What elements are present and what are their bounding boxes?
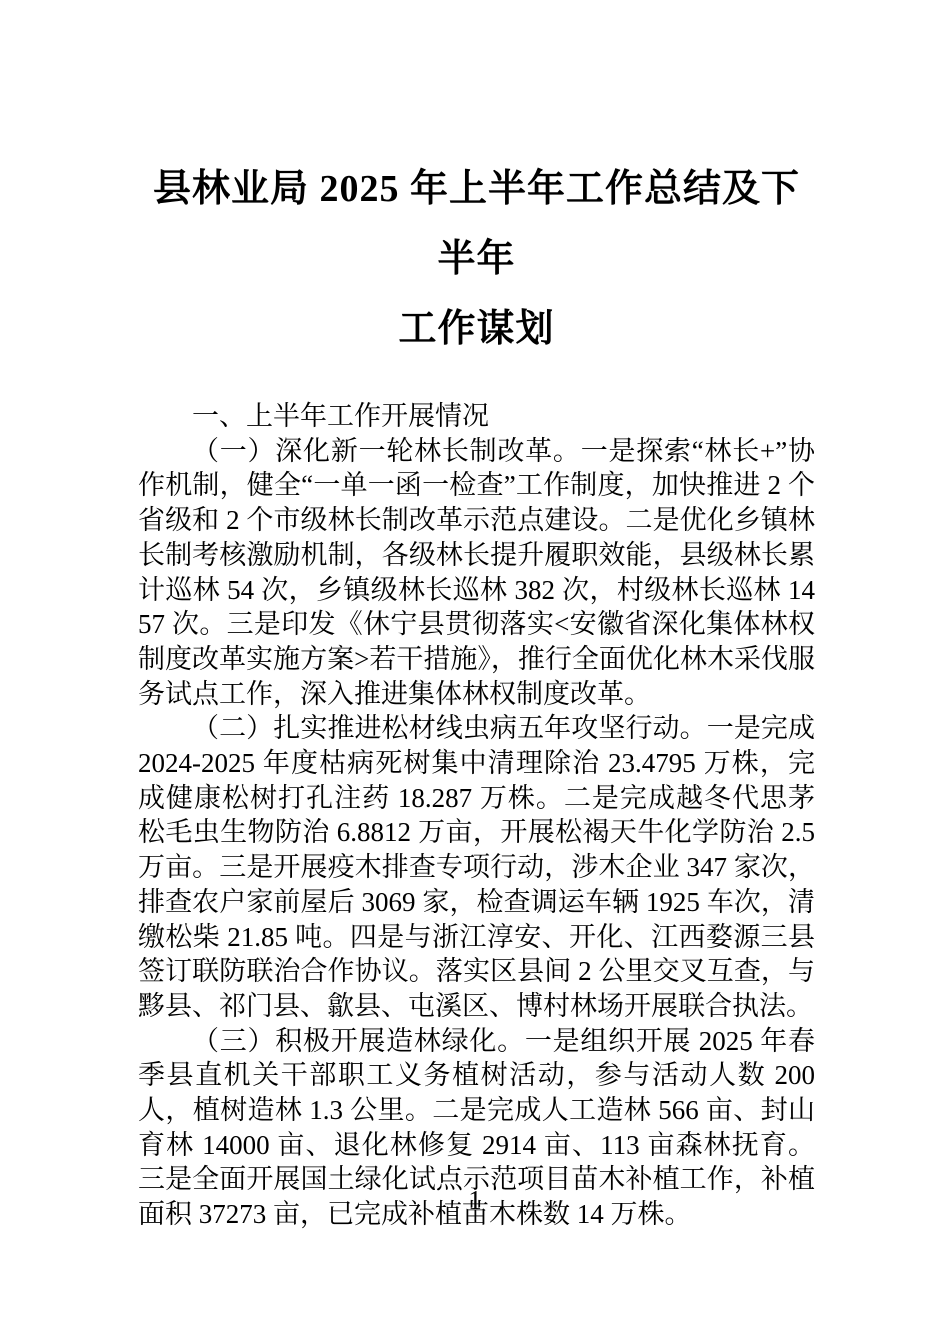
title-line-2: 工作谋划 — [138, 294, 815, 364]
document-title: 县林业局 2025 年上半年工作总结及下半年 工作谋划 — [138, 154, 815, 364]
page-number: 1 — [0, 1183, 950, 1217]
document-content: 县林业局 2025 年上半年工作总结及下半年 工作谋划 一、上半年工作开展情况 … — [138, 154, 815, 1232]
paragraph-forest-chief-reform: （一）深化新一轮林长制改革。一是探索“林长+”协作机制，健全“一单一函一检查”工… — [138, 434, 815, 712]
paragraph-pine-nematode-campaign: （二）扎实推进松材线虫病五年攻坚行动。一是完成 2024-2025 年度枯病死树… — [138, 711, 815, 1023]
document-page: 县林业局 2025 年上半年工作总结及下半年 工作谋划 一、上半年工作开展情况 … — [0, 0, 950, 1344]
section-heading: 一、上半年工作开展情况 — [138, 399, 815, 434]
title-line-1: 县林业局 2025 年上半年工作总结及下半年 — [138, 154, 815, 294]
document-body: 一、上半年工作开展情况 （一）深化新一轮林长制改革。一是探索“林长+”协作机制，… — [138, 399, 815, 1232]
